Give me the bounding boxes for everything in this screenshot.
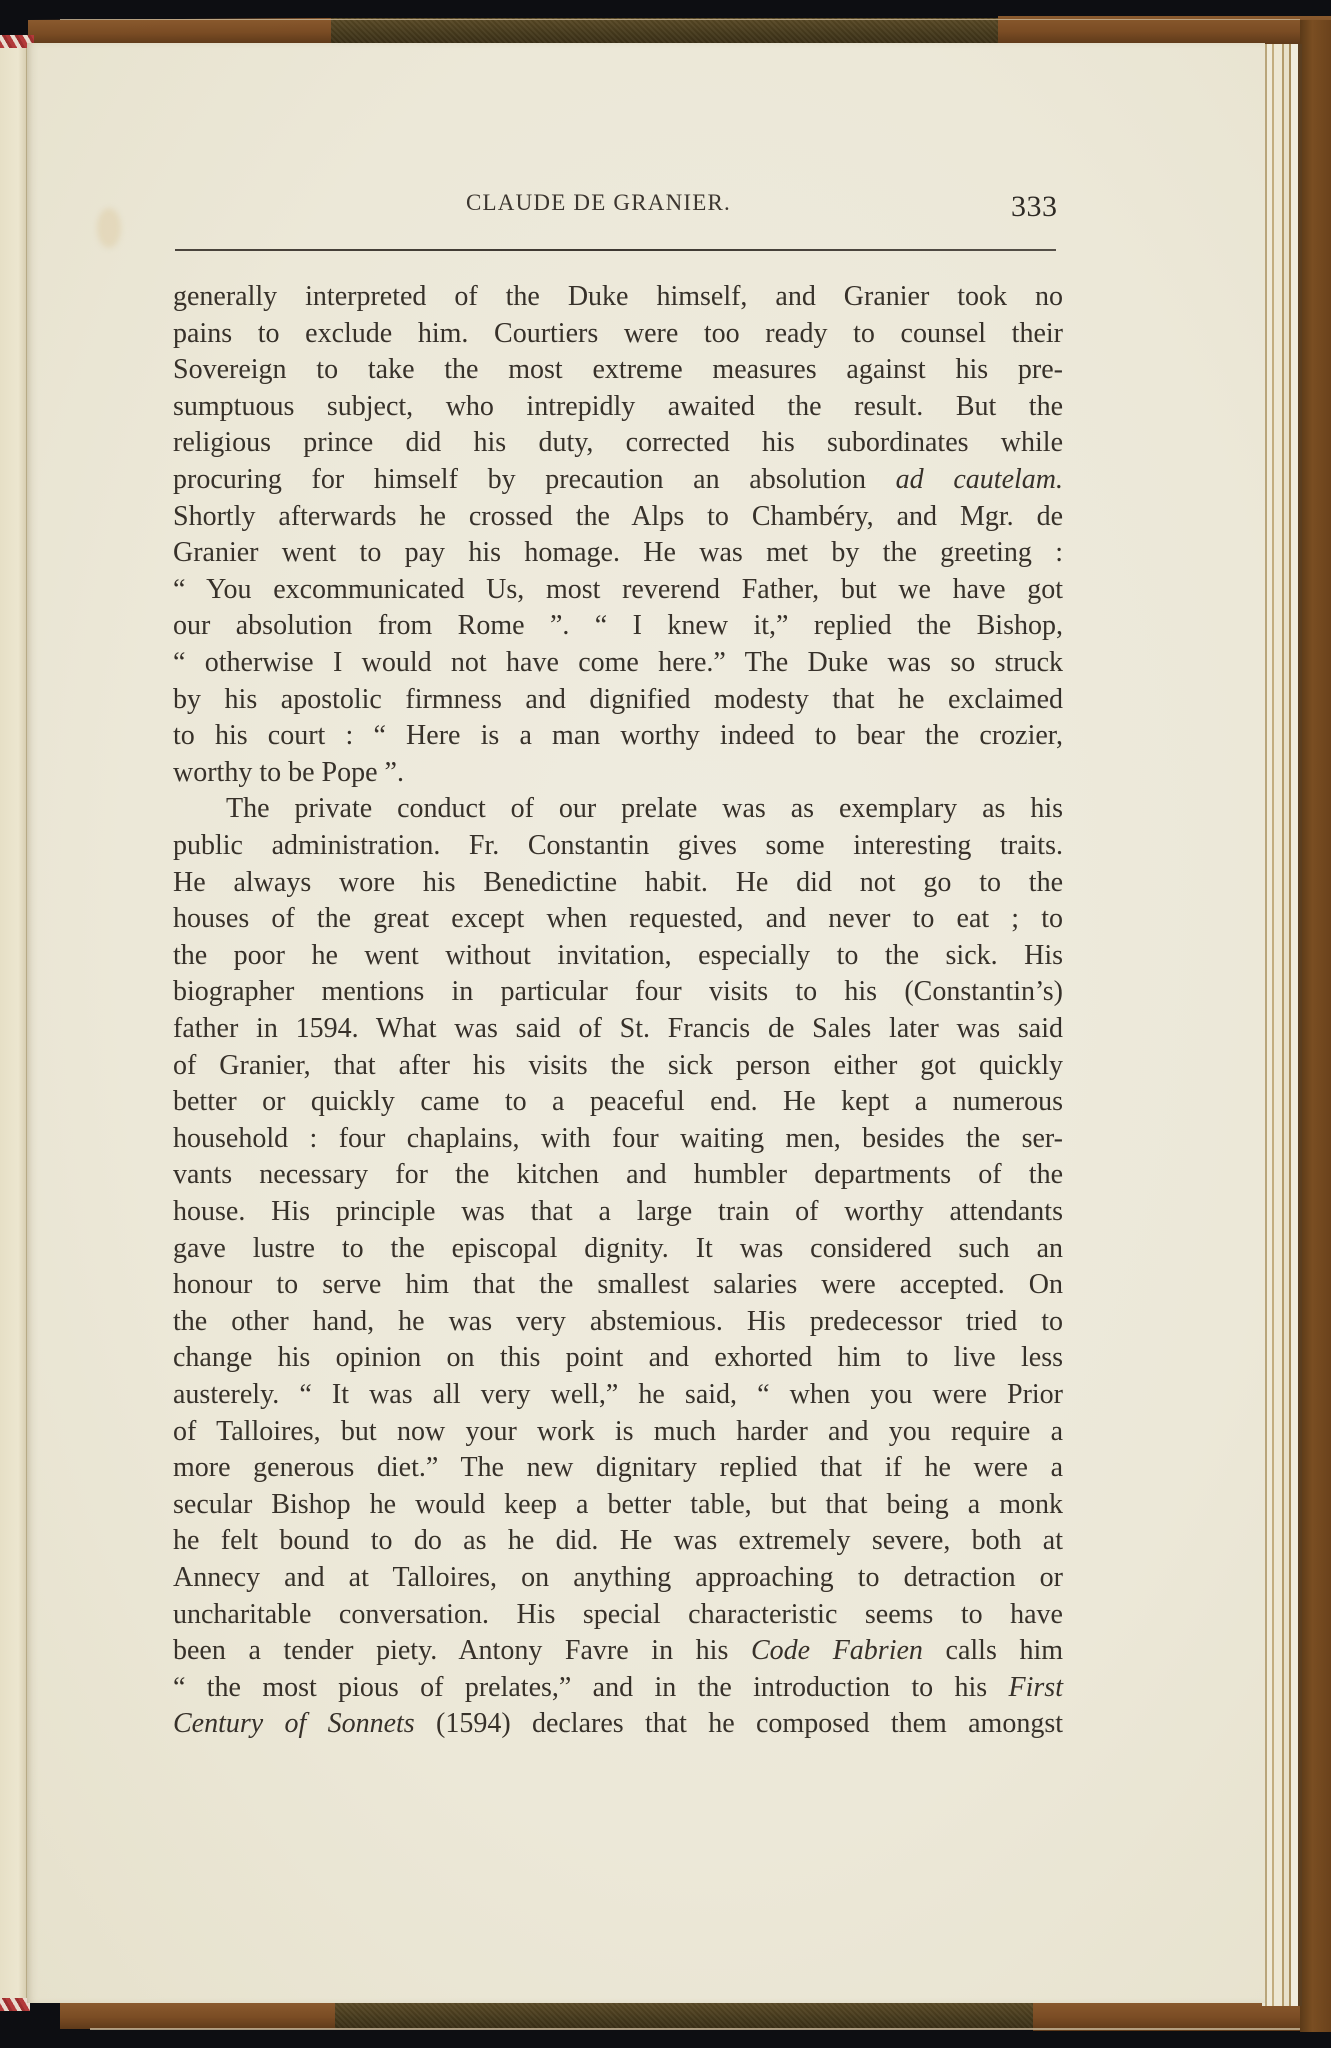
text-run: (1594) declares that he composed them am… xyxy=(415,1708,1063,1739)
text-line: honour to serve him that the smallest sa… xyxy=(173,1267,1063,1304)
text-line: The private conduct of our prelate was a… xyxy=(173,791,1063,828)
text-line: houses of the great except when requeste… xyxy=(173,901,1063,938)
text-line: Shortly afterwards he crossed the Alps t… xyxy=(173,499,1063,536)
text-line: gave lustre to the episcopal dignity. It… xyxy=(173,1231,1063,1268)
text-run: procuring for himself by precaution an a… xyxy=(173,464,896,495)
text-line: secular Bishop he would keep a better ta… xyxy=(173,1487,1063,1524)
text-line: more generous diet.” The new dignitary r… xyxy=(173,1450,1063,1487)
text-line: been a tender piety. Antony Favre in his… xyxy=(173,1633,1063,1670)
italic-title: Century of Sonnets xyxy=(173,1708,415,1739)
text-run: been a tender piety. Antony Favre in his xyxy=(173,1635,751,1666)
text-line: “ You excommunicated Us, most reverend F… xyxy=(173,572,1063,609)
text-line: house. His principle was that a large tr… xyxy=(173,1194,1063,1231)
text-line: father in 1594. What was said of St. Fra… xyxy=(173,1011,1063,1048)
text-run: “ the most pious of prelates,” and in th… xyxy=(173,1672,1009,1703)
text-line: He always wore his Benedictine habit. He… xyxy=(173,865,1063,902)
text-line: “ otherwise I would not have come here.”… xyxy=(173,645,1063,682)
text-line: of Talloires, but now your work is much … xyxy=(173,1414,1063,1451)
text-line: the poor he went without invitation, esp… xyxy=(173,938,1063,975)
text-line: biographer mentions in particular four v… xyxy=(173,974,1063,1011)
text-line: the other hand, he was very abstemious. … xyxy=(173,1304,1063,1341)
text-line: to his court : “ Here is a man worthy in… xyxy=(173,718,1063,755)
text-line: he felt bound to do as he did. He was ex… xyxy=(173,1523,1063,1560)
italic-title: Code Fabrien xyxy=(751,1635,923,1666)
text-line: our absolution from Rome ”. “ I knew it,… xyxy=(173,608,1063,645)
text-line: vants necessary for the kitchen and humb… xyxy=(173,1157,1063,1194)
text-line: generally interpreted of the Duke himsel… xyxy=(173,279,1063,316)
text-line: of Granier, that after his visits the si… xyxy=(173,1048,1063,1085)
body-text: generally interpreted of the Duke himsel… xyxy=(0,0,1331,2048)
text-line: Sovereign to take the most extreme measu… xyxy=(173,352,1063,389)
text-line: Annecy and at Talloires, on anything app… xyxy=(173,1560,1063,1597)
text-line: change his opinion on this point and exh… xyxy=(173,1340,1063,1377)
text-line: Century of Sonnets (1594) declares that … xyxy=(173,1706,1063,1743)
text-line: better or quickly came to a peaceful end… xyxy=(173,1084,1063,1121)
text-line: uncharitable conversation. His special c… xyxy=(173,1597,1063,1634)
italic-title: ad cautelam. xyxy=(896,464,1063,495)
italic-title: First xyxy=(1009,1672,1063,1703)
text-line: pains to exclude him. Courtiers were too… xyxy=(173,316,1063,353)
text-line: worthy to be Pope ”. xyxy=(173,755,1063,792)
text-line: Granier went to pay his homage. He was m… xyxy=(173,535,1063,572)
text-line: procuring for himself by precaution an a… xyxy=(173,462,1063,499)
text-line: public administration. Fr. Constantin gi… xyxy=(173,828,1063,865)
text-line: household : four chaplains, with four wa… xyxy=(173,1121,1063,1158)
text-run: calls him xyxy=(923,1635,1063,1666)
text-line: by his apostolic firmness and dignified … xyxy=(173,682,1063,719)
text-line: “ the most pious of prelates,” and in th… xyxy=(173,1670,1063,1707)
text-line: religious prince did his duty, corrected… xyxy=(173,425,1063,462)
text-line: sumptuous subject, who intrepidly awaite… xyxy=(173,389,1063,426)
text-line: austerely. “ It was all very well,” he s… xyxy=(173,1377,1063,1414)
